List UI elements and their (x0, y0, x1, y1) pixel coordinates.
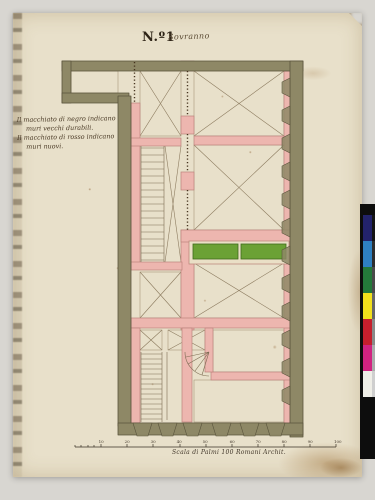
garden-beds (189, 241, 289, 264)
legend-line: Il macchiato di rosso indicano (17, 132, 123, 143)
room-cross-lines (140, 71, 284, 350)
calibration-color-patch (363, 319, 372, 345)
calibration-color-patch (363, 241, 372, 267)
calibration-color-patch (363, 371, 372, 397)
calibration-color-patch (363, 293, 372, 319)
scale-tick-label: 60 (229, 440, 234, 445)
scale-tick-label: 10 (99, 440, 104, 445)
calibration-color-patch (363, 215, 372, 241)
color-calibration-bar (360, 204, 375, 459)
scale-tick-label: 80 (281, 440, 286, 445)
floor-plan-drawing (0, 0, 375, 500)
scale-tick-label: 40 (177, 440, 182, 445)
calibration-color-patches (363, 215, 372, 397)
scale-caption: Scala di Palmi 100 Romani Archit. (172, 449, 286, 456)
legend-line: muri nuovi. (17, 141, 123, 152)
scale-tick-label: 50 (203, 440, 208, 445)
legend-note: Il macchiato di negro indicano muri vecc… (17, 114, 124, 152)
calibration-color-patch (363, 267, 372, 293)
scale-tick-label: 30 (151, 440, 156, 445)
scale-tick-label: 100 (334, 440, 342, 445)
scale-tick-label: 70 (255, 440, 260, 445)
scale-ruler (75, 444, 336, 447)
scan-background: N.º1 Sovranno Il macchiato di negro indi… (0, 0, 375, 500)
sheet-title-handwritten: Sovranno (168, 31, 210, 41)
calibration-color-patch (363, 345, 372, 371)
scale-tick-label: 20 (125, 440, 130, 445)
scale-tick-label: 90 (307, 440, 312, 445)
